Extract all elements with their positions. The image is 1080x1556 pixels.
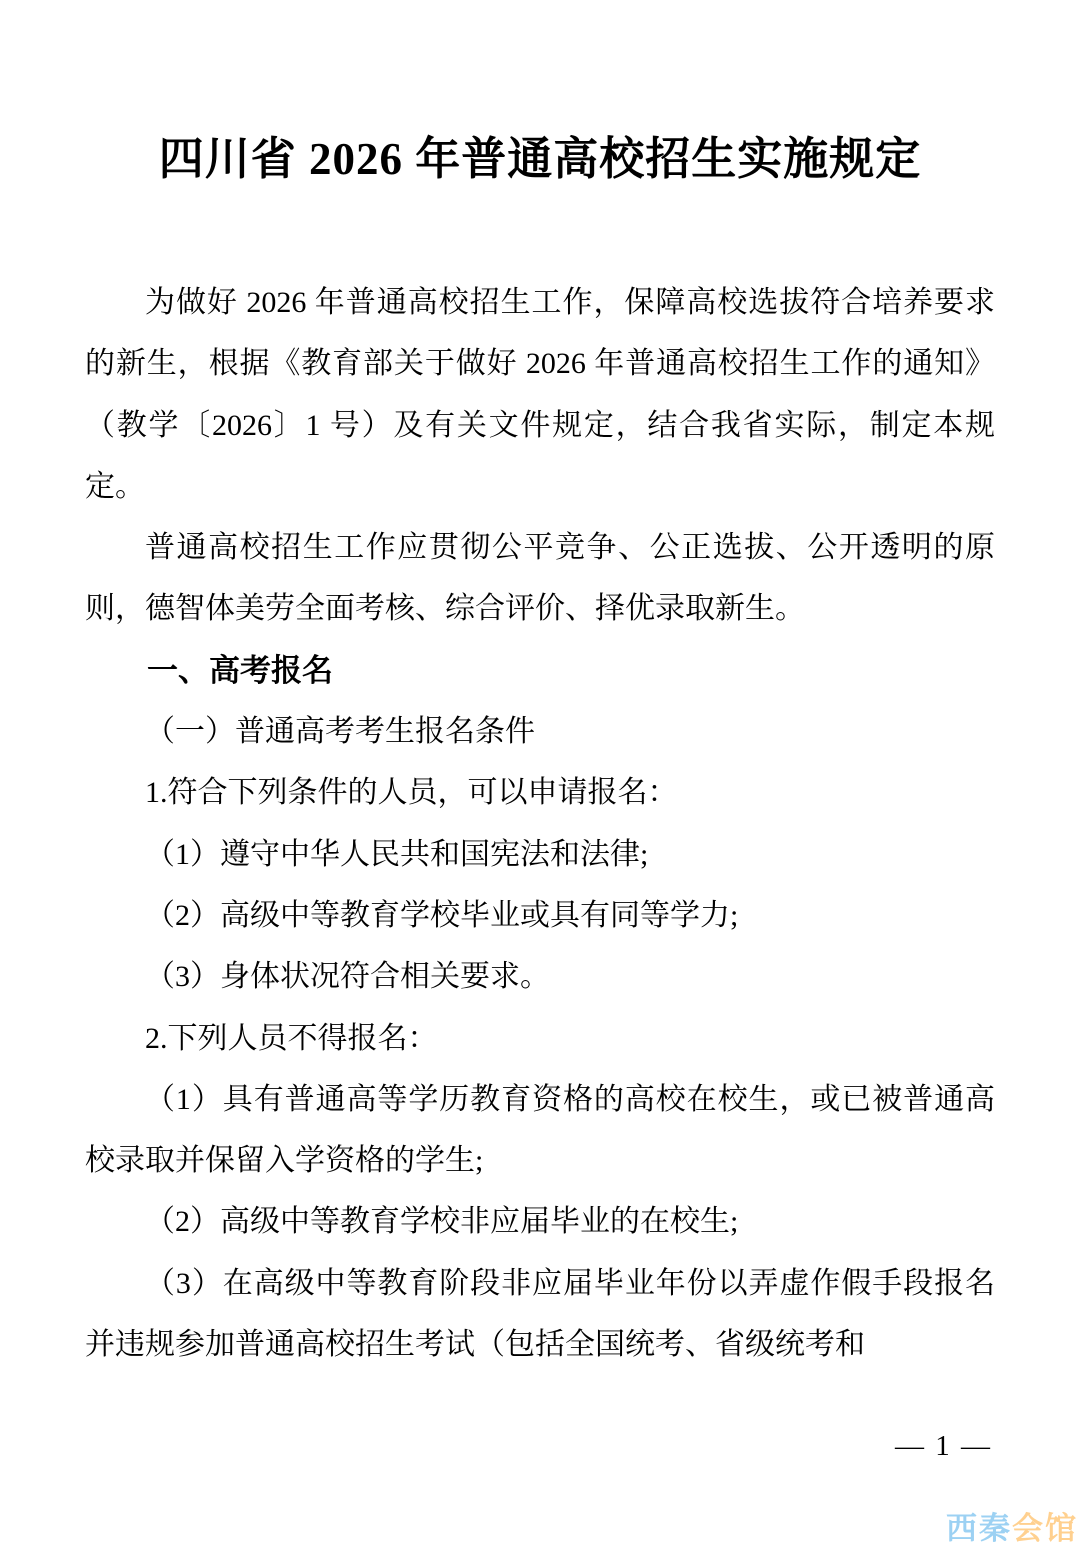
list-item-eligible-2: （2）高级中等教育学校毕业或具有同等学力;: [85, 885, 995, 946]
document-body: 为做好 2026 年普通高校招生工作，保障高校选拔符合培养要求的新生，根据《教育…: [85, 272, 995, 1375]
list-item-eligible-1: （1）遵守中华人民共和国宪法和法律;: [85, 824, 995, 885]
section-heading-gaokao-registration: 一、高考报名: [85, 640, 995, 701]
list-intro-ineligible: 2.下列人员不得报名：: [85, 1008, 995, 1069]
list-item-ineligible-3: （3）在高级中等教育阶段非应届毕业年份以弄虚作假手段报名并违规参加普通高校招生考…: [85, 1253, 995, 1376]
page-number: — 1 —: [895, 1430, 992, 1463]
list-intro-eligible: 1.符合下列条件的人员，可以申请报名：: [85, 762, 995, 823]
list-item-eligible-3: （3）身体状况符合相关要求。: [85, 946, 995, 1007]
watermark-huiguan: 会馆: [1012, 1511, 1078, 1546]
list-item-ineligible-1: （1）具有普通高等学历教育资格的高校在校生，或已被普通高校录取并保留入学资格的学…: [85, 1069, 995, 1192]
paragraph-principles: 普通高校招生工作应贯彻公平竞争、公正选拔、公开透明的原则，德智体美劳全面考核、综…: [85, 517, 995, 640]
subsection-heading-registration-conditions: （一）普通高考考生报名条件: [85, 701, 995, 762]
watermark: 西秦会馆: [946, 1503, 1078, 1548]
list-item-ineligible-2: （2）高级中等教育学校非应届毕业的在校生;: [85, 1191, 995, 1252]
document-title: 四川省 2026 年普通高校招生实施规定: [85, 127, 995, 191]
document-page: 四川省 2026 年普通高校招生实施规定 为做好 2026 年普通高校招生工作，…: [85, 0, 995, 1375]
watermark-xiqin: 西秦: [946, 1511, 1012, 1546]
paragraph-intro: 为做好 2026 年普通高校招生工作，保障高校选拔符合培养要求的新生，根据《教育…: [85, 272, 995, 517]
